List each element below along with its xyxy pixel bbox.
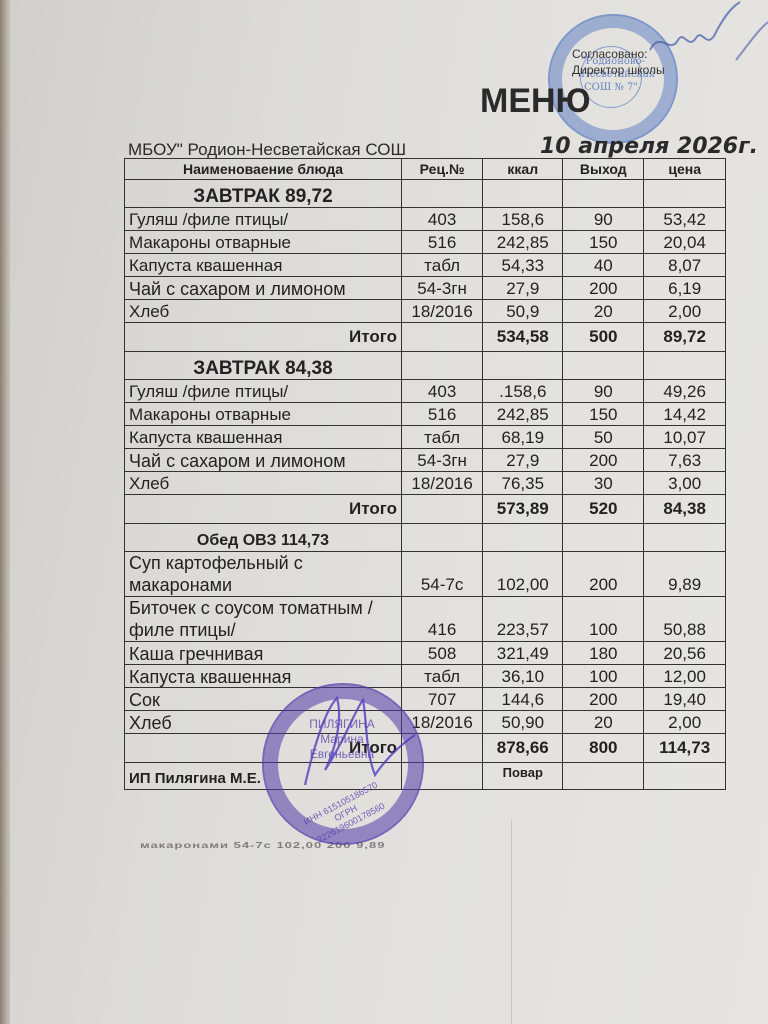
dish-output: 200 bbox=[563, 449, 644, 472]
table-row: Чай с сахаром и лимоном54-3гн27,92007,63 bbox=[125, 449, 726, 472]
dish-name: Гуляш /филе птицы/ bbox=[125, 380, 402, 403]
dish-price: 2,00 bbox=[644, 300, 726, 323]
table-row: Капуста квашеннаятабл68,195010,07 bbox=[125, 426, 726, 449]
dish-kcal: 50,9 bbox=[483, 300, 563, 323]
dish-kcal: 76,35 bbox=[483, 472, 563, 495]
dish-recipe: 516 bbox=[401, 403, 482, 426]
dish-price: 6,19 bbox=[644, 277, 726, 300]
footer-row: ИП Пилягина М.Е.Повар bbox=[125, 763, 726, 790]
empty-cell bbox=[644, 352, 726, 380]
dish-price: 19,40 bbox=[644, 688, 726, 711]
dish-recipe: 707 bbox=[401, 688, 482, 711]
empty-cell bbox=[483, 352, 563, 380]
header-name: Наименоваение блюда bbox=[125, 159, 402, 180]
total-price: 84,38 bbox=[644, 495, 726, 524]
dish-name: Капуста квашенная bbox=[125, 665, 402, 688]
table-row: Хлеб18/201676,35303,00 bbox=[125, 472, 726, 495]
dish-kcal: 27,9 bbox=[483, 449, 563, 472]
dish-kcal: 144,6 bbox=[483, 688, 563, 711]
dish-output: 200 bbox=[563, 688, 644, 711]
dish-name: Чай с сахаром и лимоном bbox=[125, 277, 402, 300]
total-kcal: 878,66 bbox=[483, 734, 563, 763]
dish-kcal: 242,85 bbox=[483, 403, 563, 426]
dish-recipe: 403 bbox=[401, 208, 482, 231]
section-header-row: ЗАВТРАК 89,72 bbox=[125, 180, 726, 208]
bleed-through-text: макаронами 54-7с 102,00 200 9,89 bbox=[140, 841, 385, 850]
section-title: ЗАВТРАК 84,38 bbox=[125, 352, 402, 380]
table-row: Хлеб18/201650,9202,00 bbox=[125, 300, 726, 323]
empty-cell bbox=[401, 763, 482, 790]
dish-name: Сок bbox=[125, 688, 402, 711]
dish-kcal: 242,85 bbox=[483, 231, 563, 254]
dish-name: Хлеб bbox=[125, 472, 402, 495]
table-row: Капуста квашеннаятабл36,1010012,00 bbox=[125, 665, 726, 688]
total-price: 89,72 bbox=[644, 323, 726, 352]
dish-kcal: 223,57 bbox=[483, 597, 563, 642]
table-row: Макароны отварные516242,8515014,42 bbox=[125, 403, 726, 426]
dish-price: 20,56 bbox=[644, 642, 726, 665]
header-output: Выход bbox=[563, 159, 644, 180]
dish-price: 2,00 bbox=[644, 711, 726, 734]
dish-output: 150 bbox=[563, 231, 644, 254]
dish-recipe: 403 bbox=[401, 380, 482, 403]
empty-cell bbox=[563, 352, 644, 380]
empty-cell bbox=[401, 180, 482, 208]
section-header-row: ЗАВТРАК 84,38 bbox=[125, 352, 726, 380]
dish-price: 8,07 bbox=[644, 254, 726, 277]
approval-block: Согласовано: Директор школы bbox=[572, 46, 665, 78]
dish-kcal: 321,49 bbox=[483, 642, 563, 665]
cook-role: Повар bbox=[483, 763, 563, 790]
empty-cell bbox=[644, 180, 726, 208]
empty-cell bbox=[563, 524, 644, 552]
dish-price: 20,04 bbox=[644, 231, 726, 254]
total-output: 520 bbox=[563, 495, 644, 524]
dish-recipe: табл bbox=[401, 254, 482, 277]
table-row: Хлеб18/201650,90202,00 bbox=[125, 711, 726, 734]
table-row: Гуляш /филе птицы/403158,69053,42 bbox=[125, 208, 726, 231]
dish-name: Хлеб bbox=[125, 711, 402, 734]
table-row: Чай с сахаром и лимоном54-3гн27,92006,19 bbox=[125, 277, 726, 300]
dish-output: 200 bbox=[563, 552, 644, 597]
menu-date: 10 апреля 2026г. bbox=[540, 134, 758, 159]
empty-cell bbox=[401, 524, 482, 552]
dish-recipe: табл bbox=[401, 665, 482, 688]
cook-name: ИП Пилягина М.Е. bbox=[125, 763, 402, 790]
dish-price: 12,00 bbox=[644, 665, 726, 688]
dish-kcal: .158,6 bbox=[483, 380, 563, 403]
dish-name: Капуста квашенная bbox=[125, 254, 402, 277]
page-title: МЕНЮ bbox=[480, 82, 591, 121]
dish-recipe: 416 bbox=[401, 597, 482, 642]
dish-kcal: 50,90 bbox=[483, 711, 563, 734]
total-price: 114,73 bbox=[644, 734, 726, 763]
dish-output: 100 bbox=[563, 665, 644, 688]
dish-price: 10,07 bbox=[644, 426, 726, 449]
dish-output: 20 bbox=[563, 711, 644, 734]
dish-price: 9,89 bbox=[644, 552, 726, 597]
dish-price: 3,00 bbox=[644, 472, 726, 495]
total-kcal: 534,58 bbox=[483, 323, 563, 352]
total-row: Итого573,8952084,38 bbox=[125, 495, 726, 524]
total-label: Итого bbox=[125, 495, 402, 524]
empty-cell bbox=[401, 323, 482, 352]
dish-price: 14,42 bbox=[644, 403, 726, 426]
dish-output: 40 bbox=[563, 254, 644, 277]
table-row: Каша гречнивая508321,4918020,56 bbox=[125, 642, 726, 665]
dish-recipe: 54-3гн bbox=[401, 277, 482, 300]
dish-kcal: 158,6 bbox=[483, 208, 563, 231]
section-title: ЗАВТРАК 89,72 bbox=[125, 180, 402, 208]
dish-name: Капуста квашенная bbox=[125, 426, 402, 449]
total-kcal: 573,89 bbox=[483, 495, 563, 524]
header-kcal: ккал bbox=[483, 159, 563, 180]
table-row: Сок707144,620019,40 bbox=[125, 688, 726, 711]
empty-cell bbox=[401, 495, 482, 524]
school-name: МБОУ" Родион-Несветайская СОШ bbox=[128, 140, 406, 160]
empty-cell bbox=[483, 524, 563, 552]
dish-recipe: 54-3гн bbox=[401, 449, 482, 472]
dish-name: Гуляш /филе птицы/ bbox=[125, 208, 402, 231]
dish-name: Макароны отварные bbox=[125, 231, 402, 254]
empty-cell bbox=[563, 763, 644, 790]
header-price: цена bbox=[644, 159, 726, 180]
dish-price: 50,88 bbox=[644, 597, 726, 642]
empty-cell bbox=[401, 352, 482, 380]
dish-recipe: 508 bbox=[401, 642, 482, 665]
empty-cell bbox=[563, 180, 644, 208]
dish-output: 90 bbox=[563, 208, 644, 231]
dish-recipe: 54-7с bbox=[401, 552, 482, 597]
total-row: Итого534,5850089,72 bbox=[125, 323, 726, 352]
dish-price: 49,26 bbox=[644, 380, 726, 403]
empty-cell bbox=[644, 763, 726, 790]
section-header-row: Обед ОВЗ 114,73 bbox=[125, 524, 726, 552]
dish-price: 7,63 bbox=[644, 449, 726, 472]
dish-kcal: 27,9 bbox=[483, 277, 563, 300]
dish-output: 100 bbox=[563, 597, 644, 642]
dish-output: 20 bbox=[563, 300, 644, 323]
dish-kcal: 54,33 bbox=[483, 254, 563, 277]
empty-cell bbox=[644, 524, 726, 552]
total-label: Итого bbox=[125, 323, 402, 352]
dish-kcal: 102,00 bbox=[483, 552, 563, 597]
dish-recipe: 18/2016 bbox=[401, 472, 482, 495]
dish-output: 200 bbox=[563, 277, 644, 300]
table-row: Биточек с соусом томатным /филе птицы/41… bbox=[125, 597, 726, 642]
dish-output: 180 bbox=[563, 642, 644, 665]
paper-fold bbox=[511, 820, 512, 1024]
dish-recipe: табл bbox=[401, 426, 482, 449]
dish-output: 150 bbox=[563, 403, 644, 426]
dish-kcal: 68,19 bbox=[483, 426, 563, 449]
menu-table: Наименоваение блюда Рец.№ ккал Выход цен… bbox=[124, 158, 726, 790]
dish-recipe: 18/2016 bbox=[401, 711, 482, 734]
dish-name: Чай с сахаром и лимоном bbox=[125, 449, 402, 472]
total-label: Итого bbox=[125, 734, 402, 763]
header-recipe: Рец.№ bbox=[401, 159, 482, 180]
total-row: Итого878,66800114,73 bbox=[125, 734, 726, 763]
approval-director: Директор школы bbox=[572, 62, 665, 78]
dish-price: 53,42 bbox=[644, 208, 726, 231]
total-output: 500 bbox=[563, 323, 644, 352]
dish-name: Биточек с соусом томатным /филе птицы/ bbox=[125, 597, 402, 642]
dish-name: Хлеб bbox=[125, 300, 402, 323]
dish-name: Макароны отварные bbox=[125, 403, 402, 426]
dish-recipe: 516 bbox=[401, 231, 482, 254]
dish-recipe: 18/2016 bbox=[401, 300, 482, 323]
section-title: Обед ОВЗ 114,73 bbox=[125, 524, 402, 552]
empty-cell bbox=[401, 734, 482, 763]
dish-output: 50 bbox=[563, 426, 644, 449]
table-row: Гуляш /филе птицы/403.158,69049,26 bbox=[125, 380, 726, 403]
table-row: Капуста квашеннаятабл54,33408,07 bbox=[125, 254, 726, 277]
dish-output: 90 bbox=[563, 380, 644, 403]
dish-kcal: 36,10 bbox=[483, 665, 563, 688]
table-header-row: Наименоваение блюда Рец.№ ккал Выход цен… bbox=[125, 159, 726, 180]
approval-label: Согласовано: bbox=[572, 46, 665, 62]
dish-output: 30 bbox=[563, 472, 644, 495]
table-row: Макароны отварные516242,8515020,04 bbox=[125, 231, 726, 254]
empty-cell bbox=[483, 180, 563, 208]
total-output: 800 bbox=[563, 734, 644, 763]
dish-name: Суп картофельный с макаронами bbox=[125, 552, 402, 597]
dish-name: Каша гречнивая bbox=[125, 642, 402, 665]
table-row: Суп картофельный с макаронами54-7с102,00… bbox=[125, 552, 726, 597]
